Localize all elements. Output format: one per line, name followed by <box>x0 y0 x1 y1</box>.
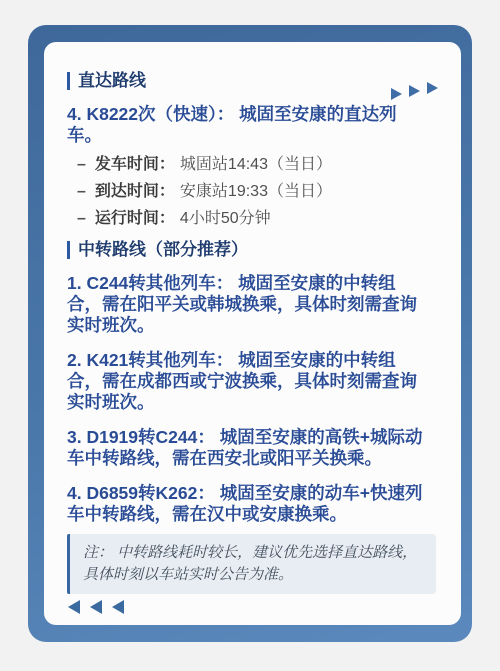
back-triangle-icon <box>90 600 102 614</box>
direct-route-item: 4. K8222次（快速）： 城固至安康的直达列车。 <box>67 104 429 146</box>
detail-value: 城固站14:43（当日） <box>180 154 332 175</box>
accent-bar <box>67 241 70 259</box>
detail-list: – 发车时间： 城固站14:43（当日） – 到达时间： 安康站19:33（当日… <box>77 154 436 229</box>
route-info-card: 直达路线 4. K8222次（快速）： 城固至安康的直达列车。 – 发车时间： … <box>44 42 461 625</box>
detail-label: 运行时间： <box>95 208 175 229</box>
section-title-direct: 直达路线 <box>78 70 146 92</box>
transfer-route-item-2: 2. K421转其他列车： 城固至安康的中转组合，需在成都西或宁波换乘，具体时刻… <box>67 350 429 413</box>
section-header-direct: 直达路线 <box>67 70 436 92</box>
bullet-dash: – <box>77 154 86 175</box>
transfer-route-item-3: 3. D1919转C244： 城固至安康的高铁+城际动车中转路线，需在西安北或阳… <box>67 427 429 469</box>
section-title-transfer: 中转路线（部分推荐） <box>78 239 248 261</box>
play-triangle-icon <box>391 88 402 100</box>
back-triangle-icon <box>112 600 124 614</box>
transfer-route-item-1: 1. C244转其他列车： 城固至安康的中转组合，需在阳平关或韩城换乘，具体时刻… <box>67 273 429 336</box>
bullet-dash: – <box>77 208 86 229</box>
note-text: 注： 中转路线耗时较长，建议优先选择直达路线，具体时刻以车站实时公告为准。 <box>83 542 424 586</box>
bullet-dash: – <box>77 181 86 202</box>
transfer-route-item-4: 4. D6859转K262： 城固至安康的动车+快速列车中转路线，需在汉中或安康… <box>67 483 429 525</box>
direct-route-block: 4. K8222次（快速）： 城固至安康的直达列车。 <box>67 104 436 146</box>
detail-label: 到达时间： <box>95 181 175 202</box>
forward-triangles-icon <box>391 88 438 100</box>
detail-label: 发车时间： <box>95 154 175 175</box>
play-triangle-icon <box>427 82 438 94</box>
play-triangle-icon <box>409 85 420 97</box>
detail-row-arrival: – 到达时间： 安康站19:33（当日） <box>77 181 436 202</box>
back-triangle-icon <box>68 600 80 614</box>
page-background: 直达路线 4. K8222次（快速）： 城固至安康的直达列车。 – 发车时间： … <box>0 0 500 671</box>
back-triangles-icon <box>68 600 436 614</box>
card-frame: 直达路线 4. K8222次（快速）： 城固至安康的直达列车。 – 发车时间： … <box>28 25 472 642</box>
detail-value: 4小时50分钟 <box>180 208 271 229</box>
detail-row-departure: – 发车时间： 城固站14:43（当日） <box>77 154 436 175</box>
detail-row-duration: – 运行时间： 4小时50分钟 <box>77 208 436 229</box>
note-box: 注： 中转路线耗时较长，建议优先选择直达路线，具体时刻以车站实时公告为准。 <box>67 534 436 594</box>
section-header-transfer: 中转路线（部分推荐） <box>67 239 436 261</box>
accent-bar <box>67 72 70 90</box>
detail-value: 安康站19:33（当日） <box>180 181 332 202</box>
